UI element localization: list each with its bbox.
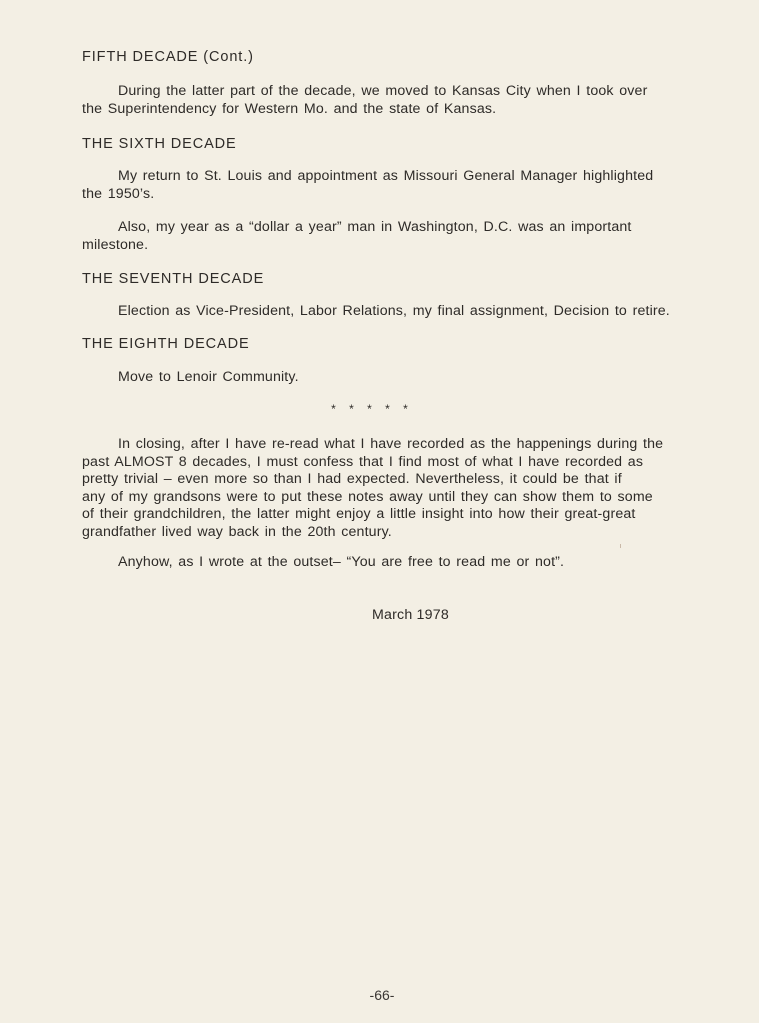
paragraph-final-remark: Anyhow, as I wrote at the outset– “You a… <box>82 554 702 572</box>
text-line: grandfather lived way back in the 20th c… <box>82 524 702 542</box>
text-line: Move to Lenoir Community. <box>82 369 702 387</box>
section-heading-sixth-decade: THE SIXTH DECADE <box>82 136 237 152</box>
text-line: milestone. <box>82 237 702 255</box>
text-line: My return to St. Louis and appointment a… <box>82 168 702 186</box>
page-number: -66- <box>82 987 682 1003</box>
paragraph-eighth-decade: Move to Lenoir Community. <box>82 369 702 387</box>
text-line: the Superintendency for Western Mo. and … <box>82 101 702 119</box>
scan-speck <box>620 544 621 548</box>
section-heading-seventh-decade: THE SEVENTH DECADE <box>82 271 264 287</box>
paragraph-seventh-decade: Election as Vice-President, Labor Relati… <box>82 303 702 321</box>
text-line: Anyhow, as I wrote at the outset– “You a… <box>82 554 702 572</box>
document-page: FIFTH DECADE (Cont.) During the latter p… <box>82 0 702 1023</box>
text-line: During the latter part of the decade, we… <box>82 83 702 101</box>
text-line: past ALMOST 8 decades, I must confess th… <box>82 454 702 472</box>
text-line: the 1950’s. <box>82 186 702 204</box>
text-line: of their grandchildren, the latter might… <box>82 506 702 524</box>
section-separator: * * * * * <box>82 402 662 416</box>
text-line: pretty trivial – even more so than I had… <box>82 471 702 489</box>
text-line: Also, my year as a “dollar a year” man i… <box>82 219 702 237</box>
text-line: In closing, after I have re-read what I … <box>82 436 702 454</box>
paragraph-fifth-decade: During the latter part of the decade, we… <box>82 83 702 118</box>
section-heading-fifth-decade: FIFTH DECADE (Cont.) <box>82 49 254 65</box>
section-heading-eighth-decade: THE EIGHTH DECADE <box>82 336 250 352</box>
paragraph-closing: In closing, after I have re-read what I … <box>82 436 702 541</box>
paragraph-sixth-decade-1: My return to St. Louis and appointment a… <box>82 168 702 203</box>
text-line: any of my grandsons were to put these no… <box>82 489 702 507</box>
paragraph-sixth-decade-2: Also, my year as a “dollar a year” man i… <box>82 219 702 254</box>
text-line: Election as Vice-President, Labor Relati… <box>82 303 702 321</box>
document-date: March 1978 <box>372 607 449 623</box>
